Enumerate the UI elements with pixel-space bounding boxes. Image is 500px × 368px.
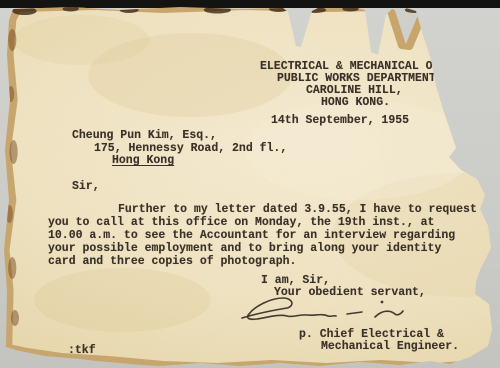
letterhead-line-4: HONG KONG. <box>321 97 390 109</box>
body-line-3: 10.00 a.m. to see the Accountant for an … <box>48 230 455 242</box>
body-line-1: Further to my letter dated 3.9.55, I hav… <box>118 204 477 216</box>
body-line-4: your possible employment and to bring al… <box>48 243 441 255</box>
letter-paper: ELECTRICAL & MECHANICAL O PUBLIC WORKS D… <box>0 0 500 368</box>
salutation: Sir, <box>72 181 100 193</box>
body-line-5: card and three copies of photograph. <box>48 256 296 268</box>
typist-initials: :tkf <box>68 345 96 357</box>
recipient-city: Hong Kong <box>112 155 174 167</box>
body-line-2: you to call at this office on Monday, th… <box>48 217 434 229</box>
recipient-name: Cheung Pun Kim, Esq., <box>72 130 217 142</box>
signer-line-2: Mechanical Engineer. <box>321 341 459 353</box>
scanned-letter-photo: ELECTRICAL & MECHANICAL O PUBLIC WORKS D… <box>0 0 500 368</box>
photo-top-border <box>0 0 500 8</box>
date-line: 14th September, 1955 <box>271 115 409 127</box>
